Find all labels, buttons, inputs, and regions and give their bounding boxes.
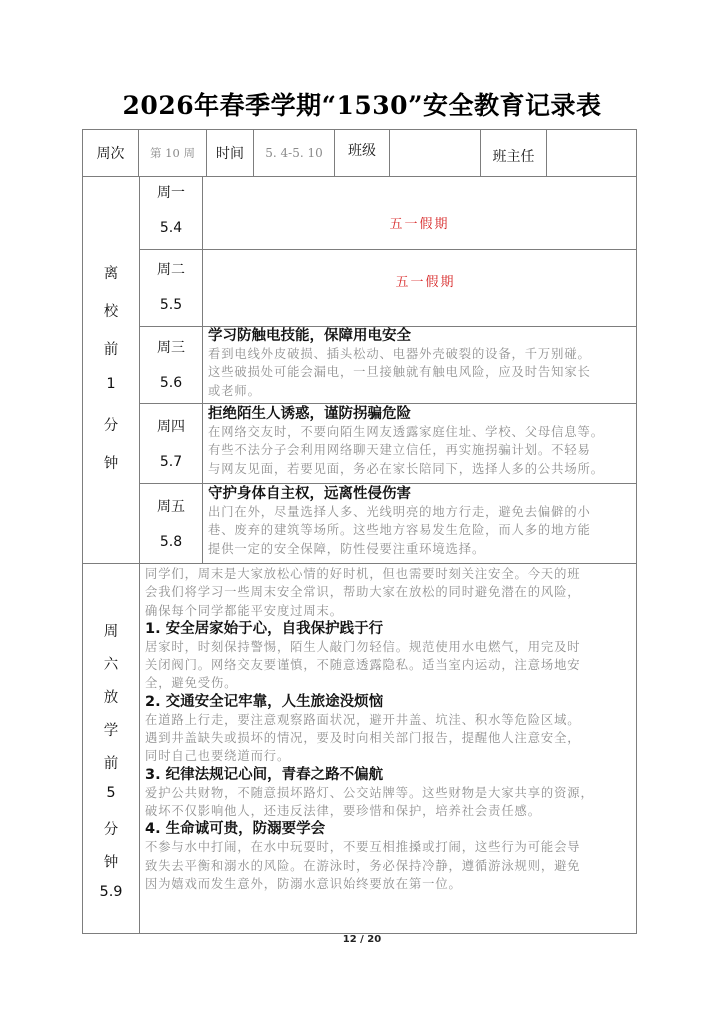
time-value: 5. 4-5. 10	[254, 130, 334, 176]
content-heading: 拒绝陌生人诱惑，谨防拐骗危险	[208, 405, 604, 423]
holiday-text-mon: 五一假期	[203, 213, 636, 232]
content-body: 在网络交友时，不要向陌生网友透露家庭住址、学校、父母信息等。 有些不法分子会利用…	[208, 423, 604, 478]
day-cell-wed: 周三 5.6	[140, 335, 202, 403]
time-label: 时间	[207, 130, 253, 176]
teacher-label: 班主任	[481, 133, 546, 179]
item-heading: 2. 交通安全记牢靠，人生旅途没烦恼	[145, 693, 594, 711]
row-divider	[139, 249, 637, 250]
item-heading: 3. 纪律法规记心间，青春之路不偏航	[145, 766, 594, 784]
content-fri: 守护身体自主权，远离性侵伤害 出门在外，尽量选择人多、光线明亮的地方行走，避免去…	[208, 485, 591, 558]
holiday-text-tue: 五一假期	[209, 271, 642, 290]
content-body: 出门在外，尽量选择人多、光线明亮的地方行走，避免去偏僻的小 巷、废弃的建筑等场所…	[208, 503, 591, 558]
content-heading: 学习防触电技能，保障用电安全	[208, 327, 591, 345]
day-cell-thu: 周四 5.7	[140, 414, 202, 482]
content-thu: 拒绝陌生人诱惑，谨防拐骗危险 在网络交友时，不要向陌生网友透露家庭住址、学校、父…	[208, 405, 604, 478]
intro-text: 同学们，周末是大家放松心情的好时机，但也需要时刻关注安全。今天的班 会我们将学习…	[145, 565, 594, 620]
teacher-field[interactable]	[547, 130, 636, 176]
content-body: 看到电线外皮破损、插头松动、电器外壳破裂的设备，千万别碰。 这些破损处可能会漏电…	[208, 345, 591, 400]
row-divider	[139, 403, 637, 404]
saturday-content: 同学们，周末是大家放松心情的好时机，但也需要时刻关注安全。今天的班 会我们将学习…	[145, 565, 594, 893]
page-title: 2026年春季学期“1530”安全教育记录表	[0, 86, 724, 122]
header-row-divider	[82, 176, 637, 177]
item-heading: 4. 生命诚可贵，防溺要学会	[145, 820, 594, 838]
item-heading: 1. 安全居家始于心，自我保护践于行	[145, 620, 594, 638]
item-body: 居家时，时刻保持警惕，陌生人敲门勿轻信。规范使用水电燃气，用完及时 关闭阀门。网…	[145, 638, 594, 693]
week-value: 第 10 周	[139, 130, 206, 176]
content-wed: 学习防触电技能，保障用电安全 看到电线外皮破损、插头松动、电器外壳破裂的设备，千…	[208, 327, 591, 400]
content-heading: 守护身体自主权，远离性侵伤害	[208, 485, 591, 503]
row-divider	[139, 483, 637, 484]
day-col-divider	[202, 176, 203, 563]
item-body: 在道路上行走，要注意观察路面状况，避开井盖、坑洼、积水等危险区域。 遇到井盖缺失…	[145, 711, 594, 766]
day-cell-mon: 周一 5.4	[140, 180, 202, 248]
item-body: 不参与水中打闹，在水中玩耍时，不要互相推搡或打闹，这些行为可能会导 致失去平衡和…	[145, 838, 594, 893]
item-body: 爱护公共财物，不随意损坏路灯、公交站牌等。这些财物是大家共享的资源， 破坏不仅影…	[145, 784, 594, 821]
day-cell-fri: 周五 5.8	[140, 494, 202, 562]
section-divider	[82, 563, 637, 564]
section1-label: 离 校 前 1 分 钟	[83, 262, 139, 490]
section2-label: 周 六 放 学 前 5 分 钟 5.9	[83, 620, 139, 917]
page-number: 12 / 20	[0, 934, 724, 945]
class-label: 班级	[335, 127, 389, 173]
week-label: 周次	[83, 130, 138, 176]
day-cell-tue: 周二 5.5	[140, 257, 202, 325]
class-field[interactable]	[390, 130, 480, 176]
